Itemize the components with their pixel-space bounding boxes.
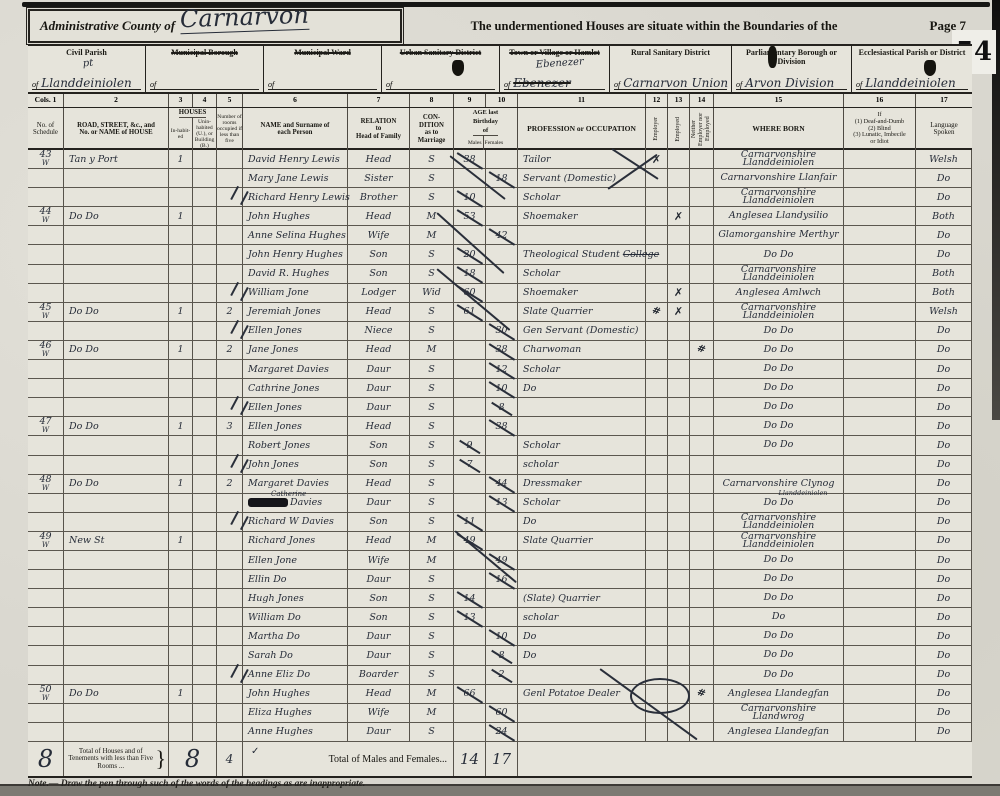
column-number: 4	[193, 94, 217, 107]
infirmity-cell	[844, 436, 916, 454]
rooms-cell	[217, 723, 243, 741]
census-row: 50WDo Do1John HughesHeadM66Genl Potatoe …	[28, 685, 972, 704]
district-value: Llanddeiniolen	[41, 77, 131, 89]
language-cell: Do	[916, 666, 972, 684]
inhabited-cell	[169, 226, 193, 244]
relation-cell: Head	[348, 150, 410, 168]
column-number: 7	[348, 94, 410, 107]
col-road-header: ROAD, STREET, &c., and No. or NAME of HO…	[64, 108, 169, 150]
district-label: Town or Village or Hamlet	[500, 48, 609, 57]
column-number: 16	[844, 94, 916, 107]
infirmity-cell	[844, 379, 916, 397]
employed-cell	[668, 322, 690, 340]
road-cell	[64, 494, 169, 512]
road-cell	[64, 627, 169, 645]
age-male-cell: 10	[454, 188, 486, 206]
road-cell	[64, 608, 169, 626]
inhabited-cell: 1	[169, 150, 193, 168]
language-cell: Do	[916, 685, 972, 703]
ink-blot	[452, 60, 464, 76]
condition-cell: S	[410, 417, 454, 435]
name-cell: Anne Selina Hughes	[243, 226, 348, 244]
occupation-cell: Scholar	[518, 360, 646, 378]
uninhabited-cell	[193, 398, 217, 416]
employed-cell	[668, 379, 690, 397]
rooms-cell	[217, 360, 243, 378]
rooms-cell	[217, 589, 243, 607]
rooms-cell	[217, 513, 243, 531]
inhabited-cell: 1	[169, 303, 193, 321]
born-cell: Do Do	[714, 379, 844, 397]
condition-cell: S	[410, 265, 454, 283]
relation-cell: Daur	[348, 379, 410, 397]
district-label: Municipal Borough	[146, 48, 263, 57]
rooms-cell	[217, 188, 243, 206]
uninhabited-cell	[193, 494, 217, 512]
name-cell: Richard Jones	[243, 532, 348, 550]
admin-county-box: Administrative County of Carnarvon	[28, 9, 402, 43]
employer-cell	[646, 322, 668, 340]
col-infirmity-header: If (1) Deaf-and-Dumb (2) Blind (3) Lunat…	[844, 108, 916, 150]
infirmity-cell	[844, 646, 916, 664]
infirmity-cell	[844, 360, 916, 378]
schedule-cell	[28, 379, 64, 397]
age-male-cell	[454, 341, 486, 359]
occupation-cell	[518, 704, 646, 722]
age-male-cell	[454, 417, 486, 435]
born-annotation: Llanddeiniolen	[779, 489, 828, 497]
uninhabited-cell	[193, 150, 217, 168]
ink-blot	[768, 46, 777, 68]
infirmity-cell	[844, 207, 916, 225]
age-female-cell	[486, 150, 518, 168]
age-female-cell	[486, 589, 518, 607]
employed-cell	[668, 532, 690, 550]
road-cell	[64, 456, 169, 474]
relation-cell: Head	[348, 303, 410, 321]
condition-cell: S	[410, 494, 454, 512]
district-label: Urban Sanitary District	[382, 48, 499, 57]
rooms-cell	[217, 494, 243, 512]
totals-schedule: 8	[28, 742, 64, 776]
district-box: Ecclesiastical Parish or DistrictofLland…	[852, 46, 972, 94]
neither-cell	[690, 570, 714, 588]
schedule-cell	[28, 284, 64, 302]
born-cell: Anglesea Amlwch	[714, 284, 844, 302]
occupation-cell: Shoemaker	[518, 284, 646, 302]
uninhabited-cell	[193, 360, 217, 378]
relation-cell: Brother	[348, 188, 410, 206]
col-houses-header: HOUSES In-habit-ed Unin-habited (U.), or…	[169, 108, 217, 150]
uninhabited-cell	[193, 379, 217, 397]
language-cell: Do	[916, 475, 972, 493]
column-number: 3	[169, 94, 193, 107]
born-cell: Do Do	[714, 551, 844, 569]
occupation-cell: Slate Quarrier	[518, 303, 646, 321]
schedule-cell	[28, 398, 64, 416]
rooms-cell: 2	[217, 303, 243, 321]
col-language-header: Language Spoken	[916, 108, 972, 150]
name-cell: Anne Hughes	[243, 723, 348, 741]
language-cell: Do	[916, 589, 972, 607]
employer-cell	[646, 341, 668, 359]
road-cell	[64, 245, 169, 263]
age-male-cell	[454, 627, 486, 645]
born-cell: Carnarvonshire Llanddeiniolen	[714, 150, 844, 168]
infirmity-cell	[844, 245, 916, 263]
born-cell: Do Do	[714, 666, 844, 684]
employed-cell	[668, 494, 690, 512]
col-females-header: Females	[484, 136, 505, 150]
name-cell: Jeremiah Jones	[243, 303, 348, 321]
rooms-cell	[217, 150, 243, 168]
employer-cell	[646, 436, 668, 454]
uninhabited-cell	[193, 685, 217, 703]
boundaries-text: The undermentioned Houses are situate wi…	[402, 19, 896, 34]
born-cell: Anglesea Llandysilio	[714, 207, 844, 225]
road-cell	[64, 513, 169, 531]
relation-cell: Wife	[348, 704, 410, 722]
schedule-cell	[28, 456, 64, 474]
born-cell: Carnarvonshire Llanddeiniolen	[714, 188, 844, 206]
uninhabited-cell	[193, 226, 217, 244]
born-cell: Glamorganshire Merthyr	[714, 226, 844, 244]
district-annotation: Ebenezer	[535, 56, 584, 70]
occupation-cell: scholar	[518, 456, 646, 474]
relation-cell: Son	[348, 245, 410, 263]
ink-blot	[924, 60, 936, 76]
relation-cell: Wife	[348, 226, 410, 244]
district-box: Town or Village or HamletEbenezerofEbene…	[500, 46, 610, 94]
name-cell: Robert Jones	[243, 436, 348, 454]
ink-blot	[248, 498, 288, 507]
occupation-cell	[518, 570, 646, 588]
age-female-cell: 10	[486, 627, 518, 645]
totals-row: 8 Total of Houses and of Tenements with …	[28, 742, 972, 778]
name-cell: Martha Do	[243, 627, 348, 645]
condition-cell: M	[410, 685, 454, 703]
column-number: 10	[486, 94, 518, 107]
schedule-cell	[28, 570, 64, 588]
uninhabited-cell	[193, 322, 217, 340]
infirmity-cell	[844, 475, 916, 493]
born-cell: Do Do	[714, 436, 844, 454]
born-cell: Do Do	[714, 570, 844, 588]
inhabited-cell	[169, 436, 193, 454]
condition-cell: Wid	[410, 284, 454, 302]
inhabited-cell	[169, 723, 193, 741]
language-cell: Do	[916, 436, 972, 454]
occupation-cell	[518, 723, 646, 741]
employed-cell	[668, 265, 690, 283]
of-label: of	[150, 80, 156, 89]
schedule-cell	[28, 666, 64, 684]
employed-cell	[668, 475, 690, 493]
schedule-cell	[28, 360, 64, 378]
born-cell: Do Do	[714, 646, 844, 664]
relation-cell: Lodger	[348, 284, 410, 302]
employed-cell	[668, 169, 690, 187]
neither-cell	[690, 150, 714, 168]
road-cell	[64, 398, 169, 416]
neither-cell	[690, 608, 714, 626]
condition-cell: S	[410, 589, 454, 607]
condition-cell: M	[410, 704, 454, 722]
inhabited-cell	[169, 513, 193, 531]
census-row: Sarah DoDaurS8DoDo DoDo	[28, 646, 972, 665]
language-cell: Do	[916, 494, 972, 512]
employer-cell: #	[646, 303, 668, 321]
born-cell: Do Do	[714, 589, 844, 607]
born-cell: Carnarvonshire Llanddeiniolen	[714, 513, 844, 531]
language-cell: Do	[916, 398, 972, 416]
admin-county-label: Administrative County of	[40, 18, 175, 34]
employed-cell	[668, 226, 690, 244]
census-row: Eliza HughesWifeM60Carnarvonshire Llandw…	[28, 704, 972, 723]
totals-houses-value: 8	[169, 742, 217, 776]
district-box: Municipal Wardof	[264, 46, 382, 94]
district-box: Parliamentary Borough or DivisionofArvon…	[732, 46, 852, 94]
employer-cell	[646, 226, 668, 244]
relation-cell: Niece	[348, 322, 410, 340]
column-number: 6	[243, 94, 348, 107]
infirmity-cell	[844, 627, 916, 645]
name-cell: Margaret Davies	[243, 360, 348, 378]
name-cell: John Henry Hughes	[243, 245, 348, 263]
born-cell: Carnarvonshire Llanddeiniolen	[714, 532, 844, 550]
employed-cell	[668, 341, 690, 359]
column-label-row: No. of Schedule ROAD, STREET, &c., and N…	[28, 108, 972, 150]
district-box: Civil ParishptofLlanddeiniolen	[28, 46, 146, 94]
column-number: 2	[64, 94, 169, 107]
inhabited-cell	[169, 169, 193, 187]
relation-cell: Head	[348, 685, 410, 703]
neither-cell	[690, 169, 714, 187]
condition-cell: S	[410, 456, 454, 474]
language-cell: Welsh	[916, 150, 972, 168]
inhabited-cell: 1	[169, 341, 193, 359]
rooms-cell: 2	[217, 341, 243, 359]
road-cell	[64, 589, 169, 607]
census-row: John JonesSonS7scholarDo	[28, 456, 972, 475]
col-born-header: WHERE BORN	[714, 108, 844, 150]
census-sheet: 54 Administrative County of Carnarvon Th…	[0, 0, 1000, 796]
neither-cell	[690, 379, 714, 397]
inhabited-cell	[169, 456, 193, 474]
rooms-cell	[217, 627, 243, 645]
rooms-cell	[217, 169, 243, 187]
rooms-cell	[217, 436, 243, 454]
census-row: 43WTan y Port1David Henry LewisHeadS38Ta…	[28, 150, 972, 169]
col-relation-header: RELATION to Head of Family	[348, 108, 410, 150]
age-female-cell	[486, 436, 518, 454]
language-cell: Both	[916, 265, 972, 283]
relation-cell: Daur	[348, 627, 410, 645]
inhabited-cell	[169, 608, 193, 626]
age-male-cell	[454, 475, 486, 493]
condition-cell: S	[410, 513, 454, 531]
occupation-cell	[518, 551, 646, 569]
infirmity-cell	[844, 589, 916, 607]
road-cell	[64, 723, 169, 741]
name-cell: Hugh Jones	[243, 589, 348, 607]
language-cell: Do	[916, 513, 972, 531]
schedule-cell: 50W	[28, 685, 64, 703]
born-cell: Do Do	[714, 398, 844, 416]
rooms-cell	[217, 608, 243, 626]
district-line: ofLlanddeiniolen	[32, 77, 141, 90]
uninhabited-cell	[193, 169, 217, 187]
relation-cell: Daur	[348, 723, 410, 741]
infirmity-cell	[844, 341, 916, 359]
employed-cell	[668, 188, 690, 206]
neither-cell	[690, 513, 714, 531]
employer-cell	[646, 475, 668, 493]
infirmity-cell	[844, 226, 916, 244]
schedule-cell: 47W	[28, 417, 64, 435]
employed-cell	[668, 608, 690, 626]
column-headers: Cols. 1234567891011121314151617 No. of S…	[28, 92, 972, 150]
condition-cell: S	[410, 666, 454, 684]
name-cell: Cathrine Jones	[243, 379, 348, 397]
relation-cell: Son	[348, 265, 410, 283]
neither-cell	[690, 456, 714, 474]
born-cell: Do Do	[714, 245, 844, 263]
neither-cell	[690, 303, 714, 321]
rooms-cell	[217, 551, 243, 569]
age-female-cell: 10	[486, 379, 518, 397]
age-male-cell	[454, 379, 486, 397]
language-cell: Do	[916, 704, 972, 722]
uninhabited-cell	[193, 245, 217, 263]
census-row: Mary Jane LewisSisterS18Servant (Domesti…	[28, 169, 972, 188]
of-label: of	[504, 80, 510, 89]
age-male-cell	[454, 666, 486, 684]
uninhabited-cell	[193, 551, 217, 569]
road-cell	[64, 704, 169, 722]
uninhabited-cell	[193, 456, 217, 474]
page-number: Page 7	[896, 18, 972, 34]
column-number: 14	[690, 94, 714, 107]
born-cell: Do Do	[714, 322, 844, 340]
relation-cell: Daur	[348, 570, 410, 588]
employer-cell	[646, 379, 668, 397]
born-cell: Do Do	[714, 417, 844, 435]
column-number: 17	[916, 94, 972, 107]
uninhabited-cell	[193, 417, 217, 435]
neither-cell	[690, 704, 714, 722]
road-cell	[64, 551, 169, 569]
uninhabited-cell	[193, 475, 217, 493]
age-male-cell	[454, 322, 486, 340]
census-row: Ellen JonesDaurS8Do DoDo	[28, 398, 972, 417]
infirmity-cell	[844, 494, 916, 512]
born-cell: Do Do	[714, 341, 844, 359]
employed-cell	[668, 551, 690, 569]
column-number: 9	[454, 94, 486, 107]
neither-cell	[690, 589, 714, 607]
schedule-cell: 46W	[28, 341, 64, 359]
col-employer-header: Employer	[646, 108, 668, 150]
schedule-cell	[28, 226, 64, 244]
uninhabited-cell	[193, 513, 217, 531]
of-label: of	[736, 80, 742, 89]
neither-cell	[690, 398, 714, 416]
rooms-cell	[217, 284, 243, 302]
occupation-cell: Scholar	[518, 436, 646, 454]
age-male-cell: 14	[454, 589, 486, 607]
employer-cell	[646, 188, 668, 206]
col-employed-header: Employed	[668, 108, 690, 150]
age-male-cell	[454, 723, 486, 741]
infirmity-cell	[844, 666, 916, 684]
occupation-cell: Do	[518, 646, 646, 664]
rooms-cell	[217, 207, 243, 225]
age-male-cell	[454, 646, 486, 664]
census-row: Robert JonesSonS9ScholarDo DoDo	[28, 436, 972, 455]
occupation-cell: Theological StudentCollege	[518, 245, 646, 263]
name-cell: Sarah Do	[243, 646, 348, 664]
schedule-cell	[28, 169, 64, 187]
condition-cell: S	[410, 245, 454, 263]
rooms-cell	[217, 646, 243, 664]
schedule-cell	[28, 513, 64, 531]
district-line: ofArvon Division	[736, 77, 847, 90]
born-cell: Anglesea Llandegfan	[714, 685, 844, 703]
uninhabited-cell	[193, 666, 217, 684]
occupation-cell	[518, 398, 646, 416]
condition-cell: S	[410, 608, 454, 626]
schedule-cell: 44W	[28, 207, 64, 225]
name-cell: Ellen Jone	[243, 551, 348, 569]
language-cell: Do	[916, 379, 972, 397]
condition-cell: S	[410, 398, 454, 416]
road-cell: Do Do	[64, 341, 169, 359]
uninhabited-cell	[193, 723, 217, 741]
language-cell: Do	[916, 341, 972, 359]
admin-county-value: Carnarvon	[180, 1, 310, 34]
census-row: John Henry HughesSonS20Theological Stude…	[28, 245, 972, 264]
occupation-cell: Charwoman	[518, 341, 646, 359]
check-mark: ✓	[251, 746, 259, 757]
header-top: Administrative County of Carnarvon The u…	[28, 8, 972, 44]
district-label: Rural Sanitary District	[610, 48, 731, 57]
born-cell: Do Do	[714, 627, 844, 645]
infirmity-cell	[844, 456, 916, 474]
inhabited-cell	[169, 646, 193, 664]
condition-cell: S	[410, 570, 454, 588]
name-cell: Eliza Hughes	[243, 704, 348, 722]
age-female-cell	[486, 284, 518, 302]
age-male-cell	[454, 360, 486, 378]
inhabited-cell	[169, 589, 193, 607]
district-line: of	[386, 80, 495, 90]
scan-edge-top	[22, 2, 990, 7]
neither-cell	[690, 666, 714, 684]
occupation-cell: Do	[518, 627, 646, 645]
language-cell: Do	[916, 188, 972, 206]
road-cell	[64, 265, 169, 283]
district-box: Rural Sanitary DistrictofCarnarvon Union	[610, 46, 732, 94]
relation-cell: Boarder	[348, 666, 410, 684]
district-label: Ecclesiastical Parish or District	[852, 48, 972, 57]
employer-cell	[646, 360, 668, 378]
inhabited-cell: 1	[169, 532, 193, 550]
language-cell: Both	[916, 284, 972, 302]
infirmity-cell	[844, 532, 916, 550]
uninhabited-cell	[193, 188, 217, 206]
neither-cell	[690, 245, 714, 263]
